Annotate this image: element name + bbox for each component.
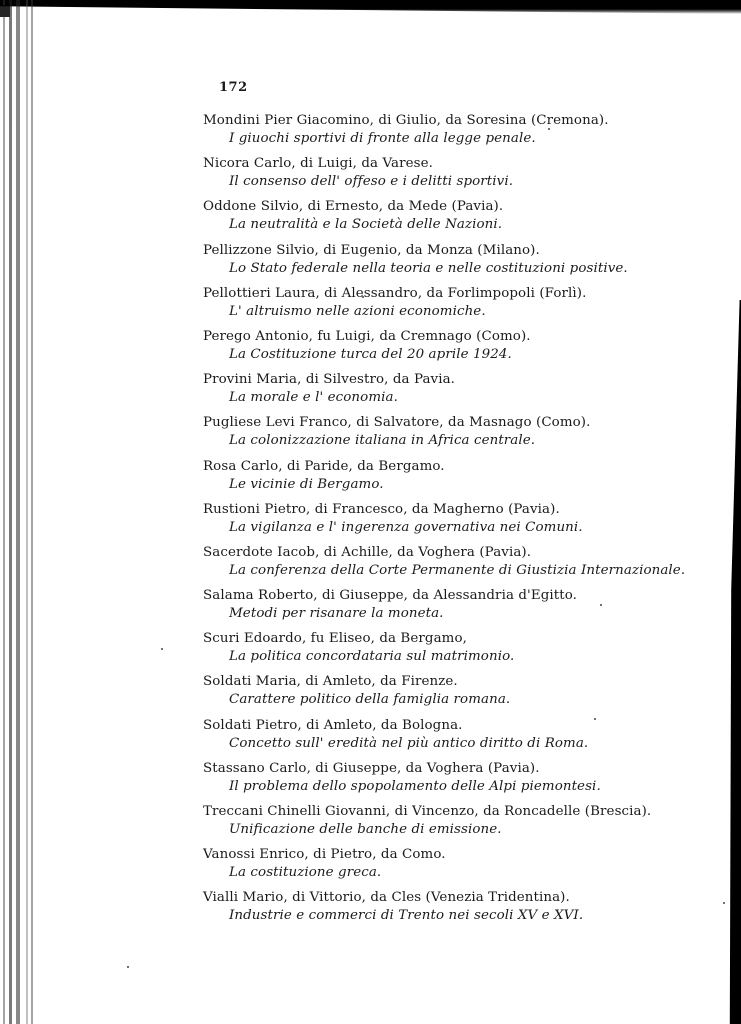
author-line: Scuri Edoardo, fu Eliseo, da Bergamo, <box>203 630 703 648</box>
author-line: Salama Roberto, di Giuseppe, da Alessand… <box>203 587 703 605</box>
author-line: Pugliese Levi Franco, di Salvatore, da M… <box>203 414 703 432</box>
author-line: Vanossi Enrico, di Pietro, da Como. <box>203 846 703 864</box>
list-item: Soldati Maria, di Amleto, da Firenze. Ca… <box>203 673 703 709</box>
author-line: Treccani Chinelli Giovanni, di Vincenzo,… <box>203 803 703 821</box>
thesis-title: La vigilanza e l' ingerenza governativa … <box>203 519 703 537</box>
list-item: Soldati Pietro, di Amleto, da Bologna. C… <box>203 717 703 753</box>
thesis-title: La costituzione greca. <box>203 864 703 882</box>
author-line: Rustioni Pietro, di Francesco, da Magher… <box>203 501 703 519</box>
thesis-title: La Costituzione turca del 20 aprile 1924… <box>203 346 703 364</box>
scan-speck <box>723 902 725 904</box>
author-line: Soldati Pietro, di Amleto, da Bologna. <box>203 717 703 735</box>
list-item: Treccani Chinelli Giovanni, di Vincenzo,… <box>203 803 703 839</box>
author-line: Stassano Carlo, di Giuseppe, da Voghera … <box>203 760 703 778</box>
thesis-title: Il consenso dell' offeso e i delitti spo… <box>203 173 703 191</box>
thesis-title: Unificazione delle banche di emissione. <box>203 821 703 839</box>
author-line: Sacerdote Iacob, di Achille, da Voghera … <box>203 544 703 562</box>
author-line: Pellizzone Silvio, di Eugenio, da Monza … <box>203 242 703 260</box>
thesis-title: La politica concordataria sul matrimonio… <box>203 648 703 666</box>
thesis-title: La colonizzazione italiana in Africa cen… <box>203 432 703 450</box>
list-item: Mondini Pier Giacomino, di Giulio, da So… <box>203 112 703 148</box>
list-item: Provini Maria, di Silvestro, da Pavia. L… <box>203 371 703 407</box>
thesis-title: Lo Stato federale nella teoria e nelle c… <box>203 260 703 278</box>
thesis-title: La conferenza della Corte Permanente di … <box>203 562 703 580</box>
author-line: Soldati Maria, di Amleto, da Firenze. <box>203 673 703 691</box>
thesis-list: Mondini Pier Giacomino, di Giulio, da So… <box>203 112 703 933</box>
author-line: Vialli Mario, di Vittorio, da Cles (Vene… <box>203 889 703 907</box>
author-line: Provini Maria, di Silvestro, da Pavia. <box>203 371 703 389</box>
author-line: Oddone Silvio, di Ernesto, da Mede (Pavi… <box>203 198 703 216</box>
scan-right-shadow <box>727 300 741 1024</box>
thesis-title: L' altruismo nelle azioni economiche. <box>203 303 703 321</box>
scan-speck <box>127 966 129 968</box>
list-item: Pellottieri Laura, di Alessandro, da For… <box>203 285 703 321</box>
list-item: Salama Roberto, di Giuseppe, da Alessand… <box>203 587 703 623</box>
author-line: Mondini Pier Giacomino, di Giulio, da So… <box>203 112 703 130</box>
list-item: Oddone Silvio, di Ernesto, da Mede (Pavi… <box>203 198 703 234</box>
list-item: Vanossi Enrico, di Pietro, da Como. La c… <box>203 846 703 882</box>
author-line: Rosa Carlo, di Paride, da Bergamo. <box>203 458 703 476</box>
list-item: Perego Antonio, fu Luigi, da Cremnago (C… <box>203 328 703 364</box>
list-item: Nicora Carlo, di Luigi, da Varese. Il co… <box>203 155 703 191</box>
thesis-title: I giuochi sportivi di fronte alla legge … <box>203 130 703 148</box>
scan-binding-edge <box>0 0 34 1024</box>
thesis-title: Il problema dello spopolamento delle Alp… <box>203 778 703 796</box>
author-line: Nicora Carlo, di Luigi, da Varese. <box>203 155 703 173</box>
thesis-title: Le vicinie di Bergamo. <box>203 476 703 494</box>
thesis-title: Carattere politico della famiglia romana… <box>203 691 703 709</box>
page-number: 172 <box>219 80 248 95</box>
thesis-title: Concetto sull' eredità nel più antico di… <box>203 735 703 753</box>
thesis-title: La neutralità e la Società delle Nazioni… <box>203 216 703 234</box>
scan-top-shadow <box>0 0 741 14</box>
author-line: Pellottieri Laura, di Alessandro, da For… <box>203 285 703 303</box>
list-item: Stassano Carlo, di Giuseppe, da Voghera … <box>203 760 703 796</box>
list-item: Pugliese Levi Franco, di Salvatore, da M… <box>203 414 703 450</box>
thesis-title: Industrie e commerci di Trento nei secol… <box>203 907 703 925</box>
list-item: Pellizzone Silvio, di Eugenio, da Monza … <box>203 242 703 278</box>
list-item: Rosa Carlo, di Paride, da Bergamo. Le vi… <box>203 458 703 494</box>
list-item: Rustioni Pietro, di Francesco, da Magher… <box>203 501 703 537</box>
list-item: Vialli Mario, di Vittorio, da Cles (Vene… <box>203 889 703 925</box>
thesis-title: Metodi per risanare la moneta. <box>203 605 703 623</box>
scan-speck <box>161 648 163 650</box>
list-item: Scuri Edoardo, fu Eliseo, da Bergamo, La… <box>203 630 703 666</box>
list-item: Sacerdote Iacob, di Achille, da Voghera … <box>203 544 703 580</box>
author-line: Perego Antonio, fu Luigi, da Cremnago (C… <box>203 328 703 346</box>
thesis-title: La morale e l' economia. <box>203 389 703 407</box>
